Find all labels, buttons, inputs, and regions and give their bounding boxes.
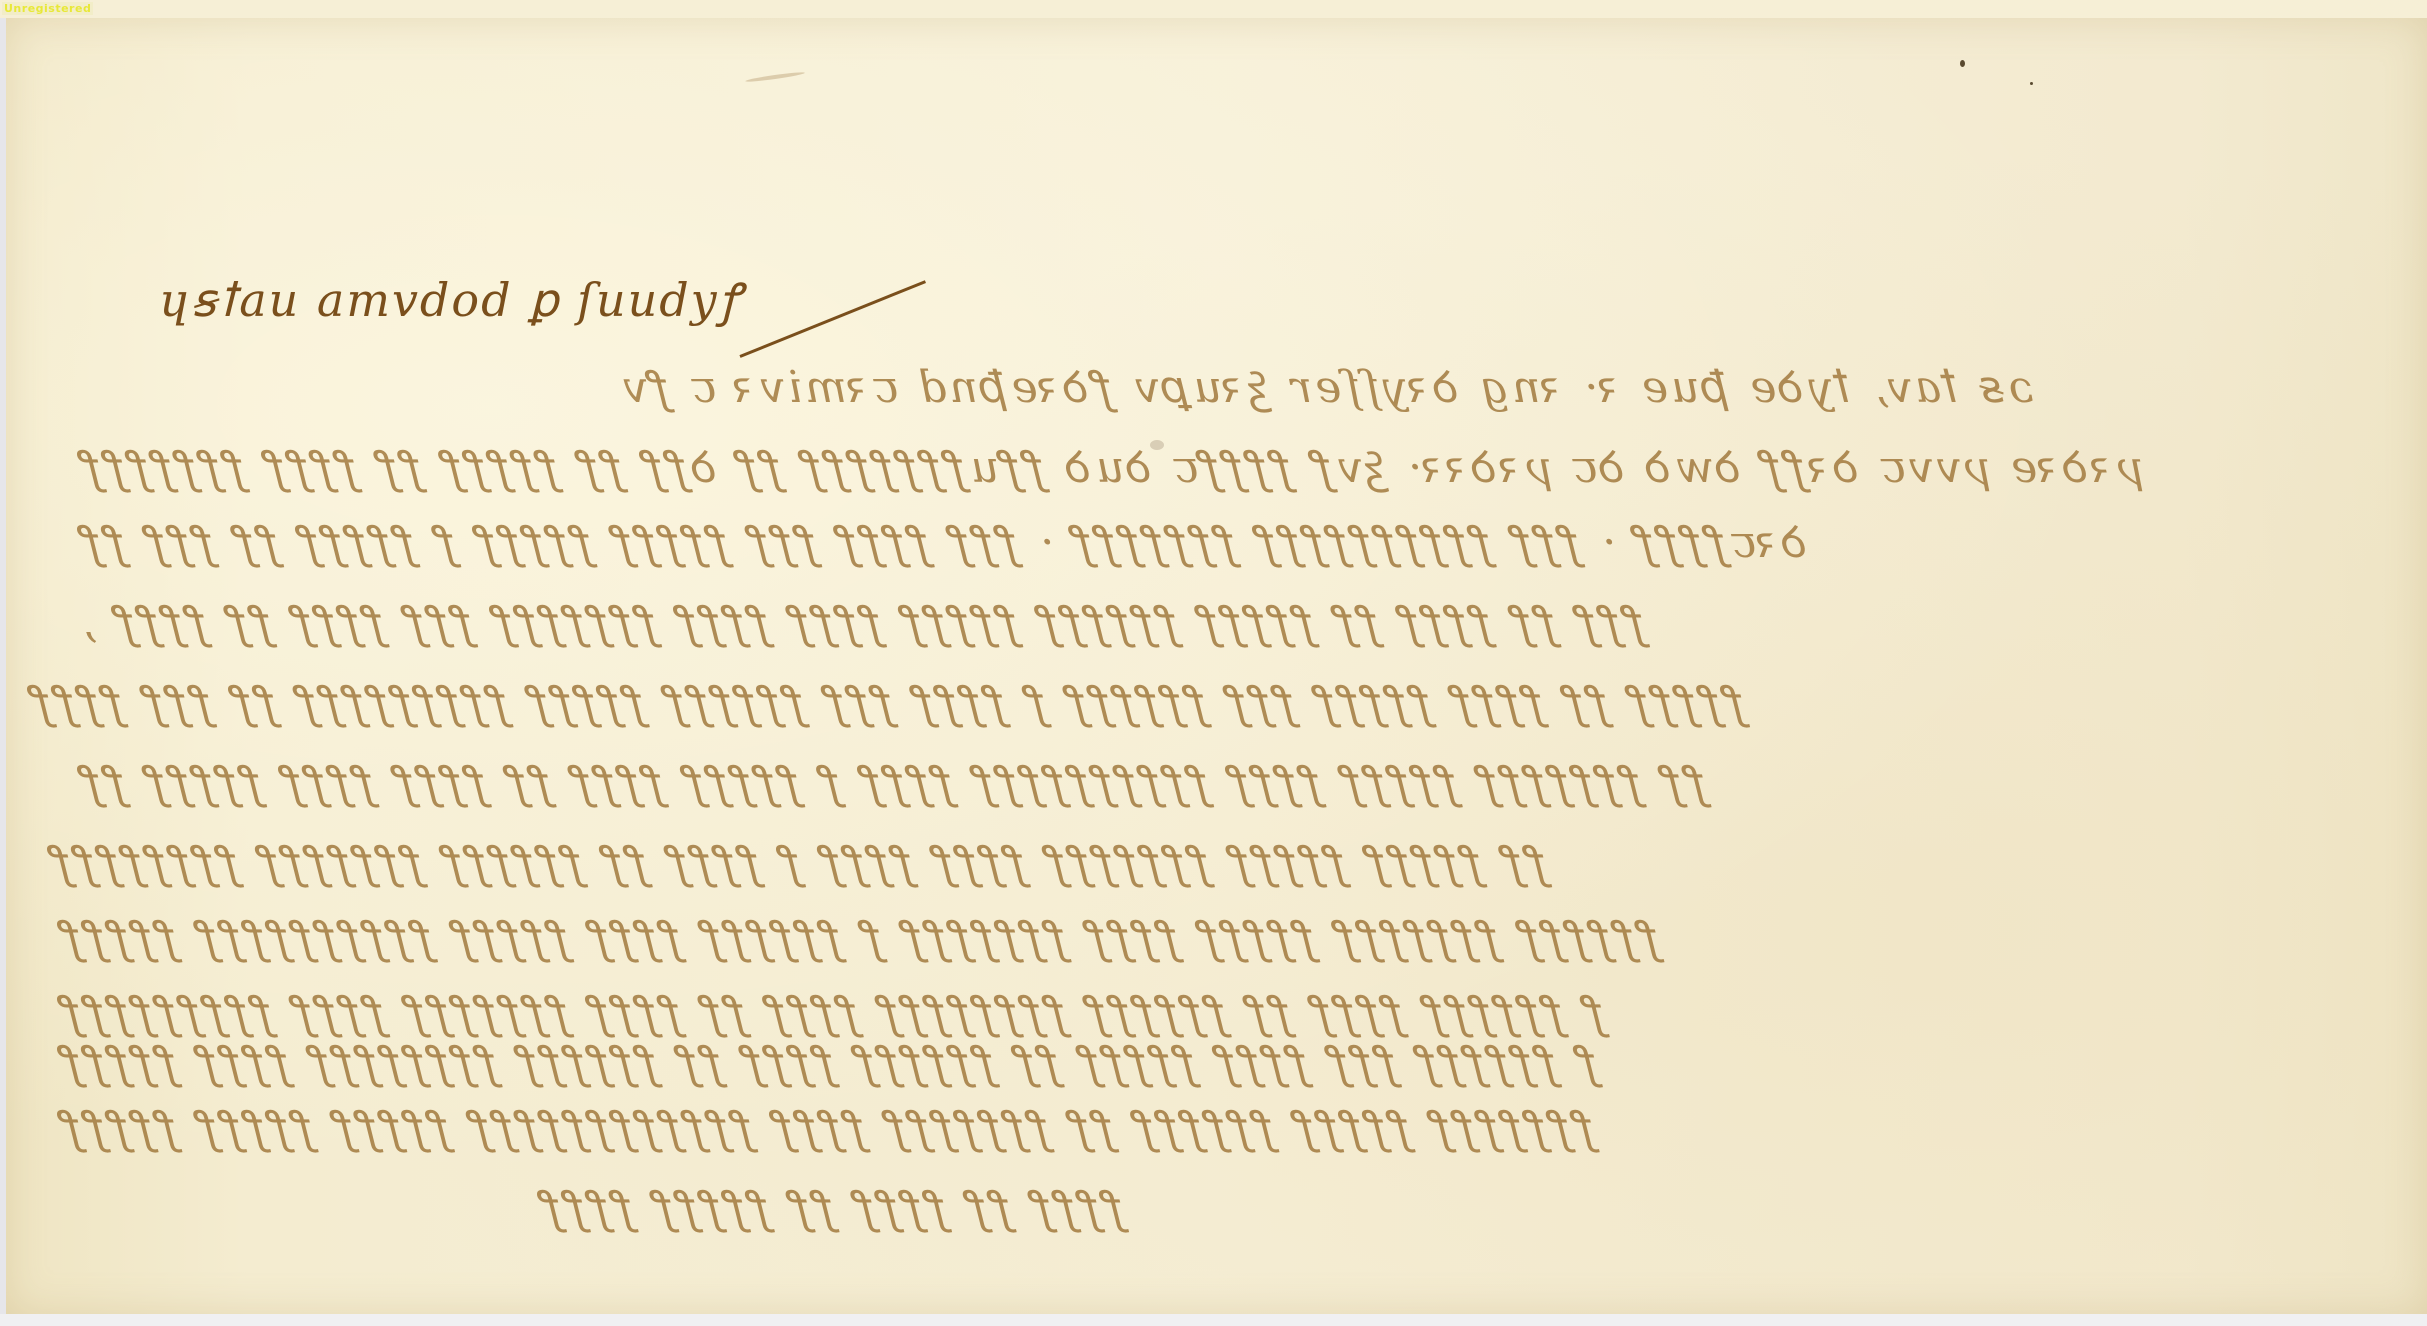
manuscript-line-4: ꝭꝭꝭ ꝭꝭ ꝭꝭꝭꝭ ꝭꝭ ꝭꝭꝭꝭꝭ ꝭꝭꝭꝭꝭꝭ ꝭꝭꝭꝭꝭ ꝭꝭꝭꝭ ꝭ… <box>80 590 1647 650</box>
manuscript-line-5: ꝭꝭꝭꝭꝭ ꝭꝭ ꝭꝭꝭꝭ ꝭꝭꝭꝭꝭ ꝭꝭꝭ ꝭꝭꝭꝭꝭꝭ ꝭ ꝭꝭꝭꝭ ꝭꝭ… <box>30 670 1747 730</box>
manuscript-line-3: ꝺꝛꞇꝭꝭꝭꝭ · ꝭꝭꝭ ꝭꝭꝭꝭꝭꝭꝭꝭꝭꝭ ꝭꝭꝭꝭꝭꝭꝭ · ꝭꝭꝭ ꝭ… <box>80 510 1809 570</box>
manuscript-line-11: ꝭꝭꝭꝭꝭꝭꝭ ꝭꝭꝭꝭꝭ ꝭꝭꝭꝭꝭꝭ ꝭꝭ ꝭꝭꝭꝭꝭꝭꝭ ꝭꝭꝭꝭ ꝭꝭꝭ… <box>60 1095 1597 1155</box>
scan-bottom-margin <box>0 1314 2427 1326</box>
manuscript-line-1: ɔꞩ ꝉav, ꝉyꝺe ꝥue ꝛ· ꝛng ꝺꝛyſſer ꝣꝛuꝑv ꝭꝺ… <box>620 355 2034 415</box>
unregistered-watermark: Unregistered <box>2 2 93 15</box>
manuscript-line-2: ꝩꝛꝺꝛe ꝩvvꞇ ꝺꝛꝭꝭ ꝺwꝺ ꝺꞇ ꝩꝛꝺꝛꝛ· ꝣvꝭ ꝭꝭꝭꝭꞇ … <box>80 435 2144 495</box>
ink-speck <box>1960 60 1965 67</box>
manuscript-line-8: ꝭꝭꝭꝭꝭꝭ ꝭꝭꝭꝭꝭꝭꝭ ꝭꝭꝭꝭꝭ ꝭꝭꝭꝭ ꝭꝭꝭꝭꝭꝭꝭ ꝭ ꝭꝭꝭꝭ… <box>60 905 1661 965</box>
manuscript-line-10: ꝭ ꝭꝭꝭꝭꝭꝭ ꝭꝭꝭ ꝭꝭꝭꝭ ꝭꝭꝭꝭꝭ ꝭꝭ ꝭꝭꝭꝭꝭꝭ ꝭꝭꝭꝭ ꝭ… <box>60 1030 1600 1090</box>
manuscript-heading: ɥꞩꝉau amvdod ꝑ ſuudyꝭ <box>160 268 742 330</box>
manuscript-line-6: ꝭꝭ ꝭꝭꝭꝭꝭꝭꝭ ꝭꝭꝭꝭꝭ ꝭꝭꝭꝭ ꝭꝭꝭꝭꝭꝭꝭꝭꝭꝭ ꝭꝭꝭꝭ ꝭ … <box>80 750 1708 810</box>
manuscript-line-7: ꝭꝭ ꝭꝭꝭꝭꝭ ꝭꝭꝭꝭꝭ ꝭꝭꝭꝭꝭꝭꝭ ꝭꝭꝭꝭ ꝭꝭꝭꝭ ꝭ ꝭꝭꝭꝭ … <box>50 830 1549 890</box>
manuscript-line-12: ꝭꝭꝭꝭ ꝭꝭ ꝭꝭꝭꝭ ꝭꝭ ꝭꝭꝭꝭꝭ ꝭꝭꝭꝭ <box>540 1175 1126 1235</box>
ink-speck <box>2030 82 2033 85</box>
